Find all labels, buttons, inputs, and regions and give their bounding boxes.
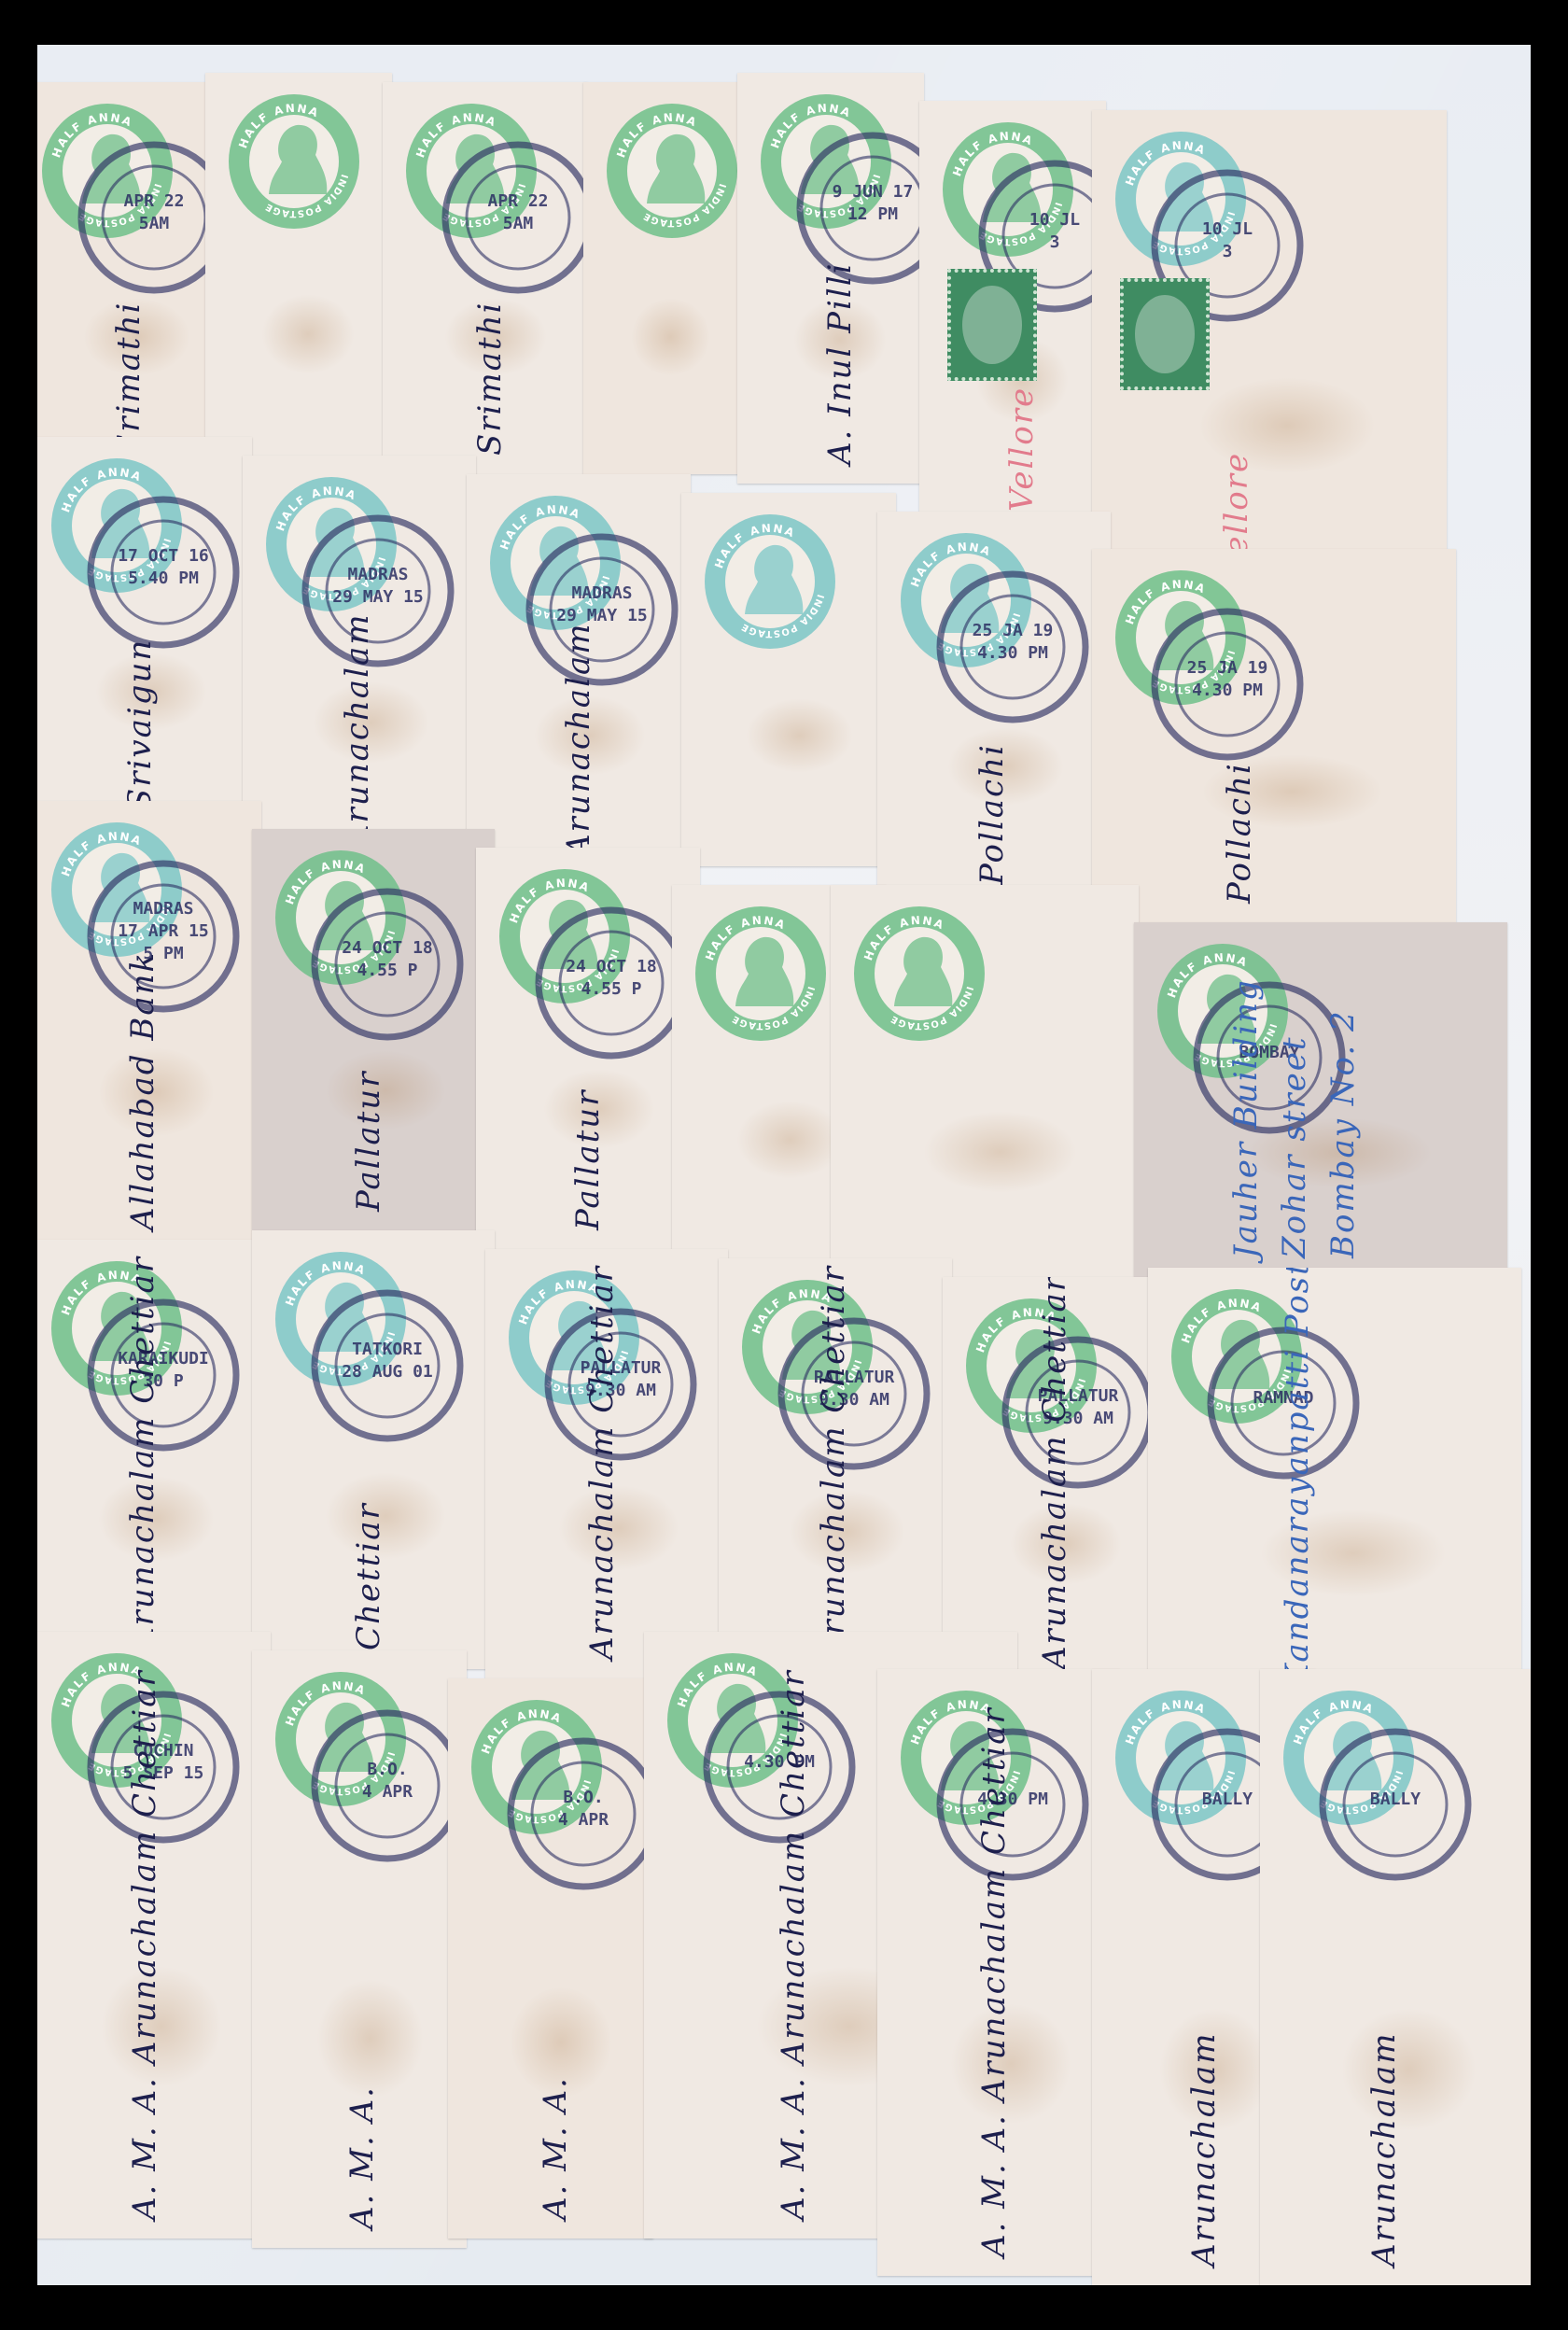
handwritten-address: Arunachalam <box>560 623 597 857</box>
half-anna-stamp-icon: HALF ANNA INDIA POSTAGE <box>700 512 840 652</box>
age-stain <box>316 1979 424 2098</box>
handwritten-address: Arunachalam Chettiar <box>583 1265 621 1660</box>
svg-text:5.40 PM: 5.40 PM <box>128 568 199 588</box>
age-stain <box>631 298 710 376</box>
svg-text:4 APR: 4 APR <box>558 1810 609 1830</box>
envelope: HALF ANNA INDIA POSTAGE MADRAS29 MAY 15 … <box>243 456 476 866</box>
handwritten-address: Arunachalam Chettiar <box>124 1256 161 1650</box>
half-anna-stamp-icon: HALF ANNA INDIA POSTAGE <box>224 91 364 232</box>
envelope: HALF ANNA INDIA POSTAGE TATKORI28 AUG 01… <box>252 1230 495 1669</box>
postmark-cancel: COCHIN5 SEP 15 <box>84 1688 243 1846</box>
handwritten-address: Pollachi <box>973 743 1011 885</box>
handwritten-address: A. M. A. Arunachalam Chettiar <box>775 1669 812 2220</box>
age-stain <box>261 294 355 374</box>
svg-text:APR 22: APR 22 <box>123 191 184 211</box>
envelope: HALF ANNA INDIA POSTAGE MADRAS17 APR 155… <box>37 801 261 1249</box>
envelope: HALF ANNA INDIA POSTAGE <box>205 73 392 474</box>
handwritten-address: A. M. A. <box>343 2085 381 2229</box>
svg-text:MADRAS: MADRAS <box>347 565 408 584</box>
handwritten-address: Arunachalam <box>1365 2032 1403 2267</box>
postmark-cancel: PALLATUR9.30 AM <box>775 1314 933 1473</box>
envelope: HALF ANNA INDIA POSTAGE 4.30 PM A. M. A.… <box>877 1669 1120 2276</box>
envelope: HALF ANNA INDIA POSTAGE 10 JL3 Vellore <box>1092 110 1447 596</box>
postmark-cancel: 17 OCT 165.40 PM <box>84 493 243 652</box>
postmark-cancel: 25 JA 194.30 PM <box>933 568 1092 726</box>
svg-text:4.55 P: 4.55 P <box>581 979 641 999</box>
envelope: HALF ANNA INDIA POSTAGE 17 OCT 165.40 PM… <box>37 437 252 829</box>
postmark-cancel: APR 225AM <box>439 138 588 297</box>
svg-text:MADRAS: MADRAS <box>133 899 193 919</box>
svg-text:12 PM: 12 PM <box>847 204 898 224</box>
svg-text:5AM: 5AM <box>503 214 534 233</box>
handwritten-address: Zohar street <box>1276 1035 1313 1258</box>
postmark-cancel: MADRAS29 MAY 15 <box>299 512 457 670</box>
svg-text:APR 22: APR 22 <box>487 191 548 211</box>
handwritten-address: Kandanarayanpatti Post via Tirupatur <box>1279 1268 1316 1688</box>
postmark-cancel: 24 OCT 184.55 P <box>308 885 467 1044</box>
svg-text:3: 3 <box>1050 232 1060 252</box>
half-anna-stamp-icon: HALF ANNA INDIA POSTAGE <box>602 101 742 241</box>
handwritten-address: A. M. A. Arunachalam Chettiar <box>975 1706 1013 2257</box>
envelope: HALF ANNA INDIA POSTAGE B.O.4 APR A. M. … <box>252 1650 467 2248</box>
postmark-cancel: MADRAS17 APR 155 PM <box>84 857 243 1016</box>
envelope: HALF ANNA INDIA POSTAGE 24 OCT 184.55 P … <box>476 848 700 1249</box>
postmark-cancel: B.O.4 APR <box>308 1706 467 1865</box>
svg-text:TATKORI: TATKORI <box>352 1340 423 1359</box>
handwritten-address: Srimathi <box>471 302 509 456</box>
handwritten-address: Srimathi <box>110 302 147 456</box>
handwritten-address: Arunachalam Chettiar <box>815 1265 852 1660</box>
half-anna-stamp-icon: HALF ANNA INDIA POSTAGE <box>691 904 831 1044</box>
adhesive-stamp-icon <box>1120 278 1210 390</box>
handwritten-address: A. Inul Pilli <box>821 262 859 465</box>
envelope: HALF ANNA INDIA POSTAGE PALLATUR9.30 AM … <box>943 1277 1167 1688</box>
handwritten-address: Allahabad Bank <box>124 951 161 1230</box>
envelope: HALF ANNA INDIA POSTAGE <box>583 82 742 474</box>
svg-text:25 JA 19: 25 JA 19 <box>1187 658 1268 678</box>
svg-text:4.30 PM: 4.30 PM <box>1192 681 1263 700</box>
svg-text:5AM: 5AM <box>139 214 170 233</box>
handwritten-address: Bombay No. 2 <box>1324 1009 1362 1258</box>
plastic-sleeve: HALF ANNA INDIA POSTAGE APR 225AM Srimat… <box>37 45 1531 2285</box>
envelope: HALF ANNA INDIA POSTAGE MADRAS29 MAY 15 … <box>467 474 691 876</box>
handwritten-address: Chettiar <box>350 1502 387 1650</box>
svg-text:10 JL: 10 JL <box>1029 210 1080 230</box>
postmark-cancel: BALLY <box>1316 1725 1475 1884</box>
postmark-cancel: TATKORI28 AUG 01 <box>308 1286 467 1445</box>
envelope: HALF ANNA INDIA POSTAGE <box>831 885 1139 1296</box>
envelope: HALF ANNA INDIA POSTAGE APR 225AM Srimat… <box>383 82 588 474</box>
postmark-cancel: 9 JUN 1712 PM <box>793 129 924 288</box>
handwritten-address: Arunachalam Chettiar <box>1036 1277 1073 1669</box>
handwritten-address: Pallatur <box>569 1089 607 1230</box>
age-stain <box>923 1111 1077 1193</box>
svg-text:24 OCT 18: 24 OCT 18 <box>566 957 657 976</box>
svg-text:4.55 P: 4.55 P <box>357 961 417 980</box>
age-stain <box>746 698 853 773</box>
handwritten-address: Arunachalam <box>1185 2032 1223 2267</box>
svg-text:4.30 PM: 4.30 PM <box>977 643 1048 663</box>
postmark-cancel: KARAIKUDI30 P <box>84 1296 243 1454</box>
svg-text:BALLY: BALLY <box>1370 1790 1421 1809</box>
adhesive-stamp-icon <box>947 269 1037 381</box>
postmark-cancel: 24 OCT 184.55 P <box>532 904 691 1062</box>
svg-text:B.O.: B.O. <box>563 1788 603 1807</box>
handwritten-address: A. M. A. <box>537 2076 574 2220</box>
envelope: HALF ANNA INDIA POSTAGE KARAIKUDI30 P Ar… <box>37 1240 261 1669</box>
envelope: HALF ANNA INDIA POSTAGE 10 JL3 Vellore <box>919 101 1106 530</box>
handwritten-address: Arunachalam <box>339 613 376 848</box>
svg-text:24 OCT 18: 24 OCT 18 <box>342 938 433 958</box>
postmark-cancel: 25 JA 194.30 PM <box>1148 605 1307 764</box>
svg-text:BALLY: BALLY <box>1202 1790 1253 1809</box>
svg-text:B.O.: B.O. <box>367 1760 407 1779</box>
age-stain <box>736 1101 844 1179</box>
envelope: HALF ANNA INDIA POSTAGE RAMNAD Kandanara… <box>1148 1268 1521 1706</box>
svg-text:10 JL: 10 JL <box>1202 219 1253 239</box>
envelope: HALF ANNA INDIA POSTAGE 9 JUN 1712 PM A.… <box>737 73 924 484</box>
envelope: HALF ANNA INDIA POSTAGE APR 225AM Srimat… <box>37 82 233 474</box>
postmark-cancel: PALLATUR9.30 AM <box>541 1305 700 1464</box>
svg-text:MADRAS: MADRAS <box>571 583 632 603</box>
envelope: HALF ANNA INDIA POSTAGE BOMBAY Jauher Bu… <box>1134 922 1507 1277</box>
svg-text:25 JA 19: 25 JA 19 <box>973 621 1054 640</box>
envelope: HALF ANNA INDIA POSTAGE B.O.4 APR A. M. … <box>448 1678 653 2239</box>
envelope: HALF ANNA INDIA POSTAGE 24 OCT 184.55 P … <box>252 829 495 1230</box>
handwritten-address: Pollachi <box>1221 762 1258 904</box>
svg-text:17 APR 15: 17 APR 15 <box>118 921 209 941</box>
svg-text:3: 3 <box>1223 242 1233 261</box>
envelope: HALF ANNA INDIA POSTAGE COCHIN5 SEP 15 A… <box>37 1632 271 2239</box>
handwritten-address: A. M. A. Arunachalam Chettiar <box>126 1669 163 2220</box>
envelope: HALF ANNA INDIA POSTAGE 25 JA 194.30 PM … <box>877 512 1111 904</box>
envelope: HALF ANNA INDIA POSTAGE BALLY Arunachala… <box>1260 1669 1531 2285</box>
svg-text:9 JUN 17: 9 JUN 17 <box>833 182 914 202</box>
handwritten-address: Srivaigun <box>121 639 159 810</box>
svg-text:17 OCT 16: 17 OCT 16 <box>118 546 209 566</box>
envelope: HALF ANNA INDIA POSTAGE PALLATUR9.30 AM … <box>719 1258 952 1678</box>
handwritten-address: Vellore <box>1003 386 1041 512</box>
postmark-cancel: PALLATUR9.30 AM <box>999 1333 1157 1492</box>
envelope: HALF ANNA INDIA POSTAGE <box>681 493 896 866</box>
age-stain <box>1341 2008 1477 2131</box>
svg-text:28 AUG 01: 28 AUG 01 <box>342 1362 433 1382</box>
envelope: HALF ANNA INDIA POSTAGE 25 JA 194.30 PM … <box>1092 549 1456 922</box>
postmark-cancel: B.O.4 APR <box>504 1734 653 1893</box>
handwritten-address: Jauher Building <box>1227 978 1265 1258</box>
svg-text:4 APR: 4 APR <box>362 1782 413 1802</box>
handwritten-address: Pallatur <box>350 1071 387 1212</box>
envelope: HALF ANNA INDIA POSTAGE PALLATUR9.30 AM … <box>485 1249 728 1678</box>
postmark-cancel: MADRAS29 MAY 15 <box>523 530 681 689</box>
postmark-cancel: 4.30 PM <box>933 1725 1092 1884</box>
svg-text:29 MAY 15: 29 MAY 15 <box>332 587 424 607</box>
half-anna-stamp-icon: HALF ANNA INDIA POSTAGE <box>849 904 989 1044</box>
